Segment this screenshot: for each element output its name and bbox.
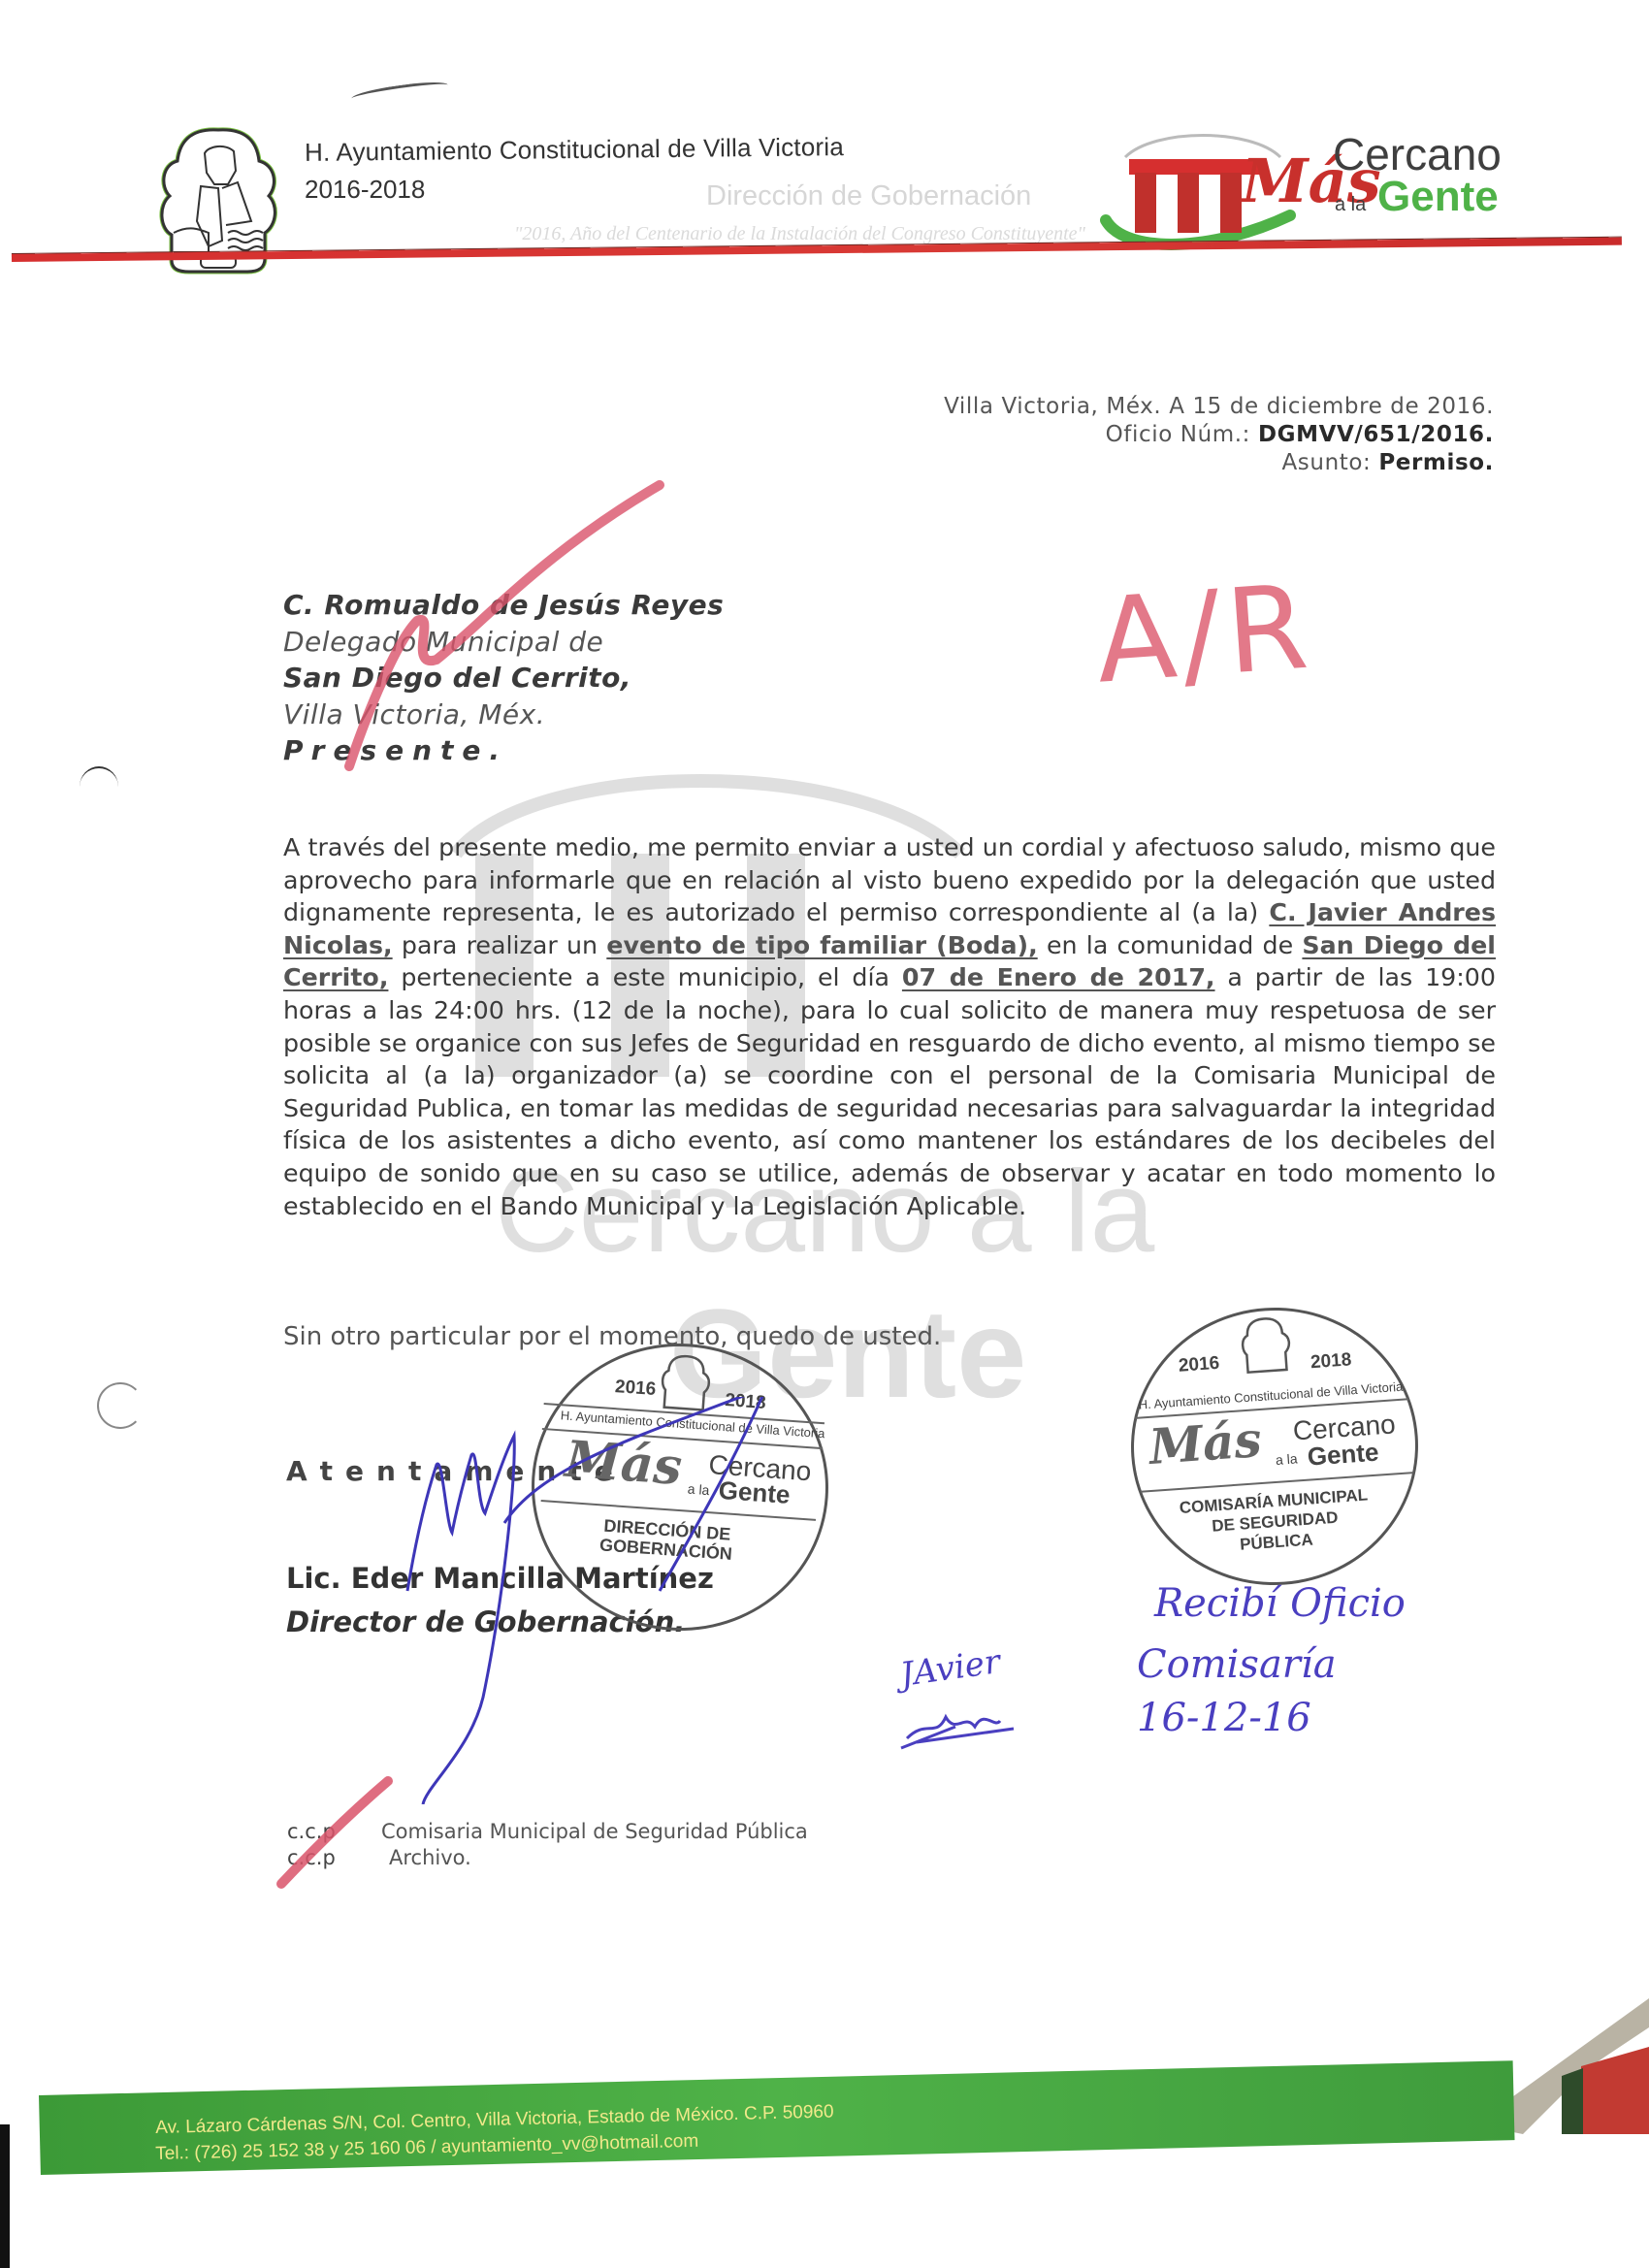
staple-mark [351,79,449,105]
event-type: evento de tipo familiar (Boda), [606,931,1037,959]
stamp-brand-word: Más [1148,1410,1264,1475]
cc-recipient-2: Archivo. [389,1846,471,1869]
cc-recipient-1: Comisaria Municipal de Seguridad Pública [381,1820,808,1843]
handwritten-received-date: 16-12-16 [1137,1696,1311,1740]
review-mark-ar: A/R [1091,560,1317,709]
letter-body-paragraph: A través del presente medio, me permito … [283,831,1496,1222]
brand-logo-mas-cercano: Más Cercano a la Gente [1096,118,1523,254]
red-pen-cc-mark [272,1775,398,1892]
closing-line: Sin otro particular por el momento, qued… [283,1322,941,1351]
subject-value: Permiso. [1378,450,1494,475]
red-pen-slash-mark [291,475,679,786]
stamp-brand-connector: a la [1275,1450,1298,1468]
body-text-5: a partir de las 19:00 horas a las 24:00 … [283,963,1496,1219]
event-date: 07 de Enero de 2017, [902,963,1215,991]
organization-name: H. Ayuntamiento Constitucional de Villa … [305,132,844,168]
oficio-number-line: Oficio Núm.: DGMVV/651/2016. [1106,422,1494,447]
stamp-year-right: 2018 [1309,1349,1352,1374]
hole-punch-mark [97,1382,144,1429]
faded-year-motto: "2016, Año del Centenario de la Instalac… [514,223,1085,245]
recipient-signature-scribble [897,1700,1033,1758]
stamp-brand-line2: Gente [1307,1438,1380,1473]
director-signature [388,1397,854,1804]
body-text-2: para realizar un [393,931,607,959]
place-and-date: Villa Victoria, Méx. A 15 de diciembre d… [944,394,1494,419]
handwritten-recipient-name: JAvier [898,1642,1003,1695]
brand-connector: a la [1335,194,1366,216]
subject-label: Asunto: [1281,450,1371,475]
oficio-label: Oficio Núm.: [1106,422,1250,447]
body-text-3: en la comunidad de [1038,931,1303,959]
body-text-4: perteneciente a este municipio, el día [388,963,901,991]
stamp-department: COMISARÍA MUNICIPAL DE SEGURIDAD PÚBLICA [1148,1482,1404,1561]
handwritten-received-office: Comisaría [1137,1642,1337,1687]
subject-line: Asunto: Permiso. [1281,450,1494,475]
faded-department-name: Dirección de Gobernación [706,180,1031,212]
oficio-number: DGMVV/651/2016. [1258,422,1494,447]
stamp-year-left: 2016 [1178,1353,1220,1377]
handwritten-received-note: Recibí Oficio [1154,1581,1406,1626]
brand-line-2: Gente [1377,173,1499,221]
administration-term: 2016-2018 [305,175,425,205]
place-date-text: Villa Victoria, Méx. A 15 de diciembre d… [944,394,1494,419]
stamp-crest-icon [1237,1315,1295,1379]
scan-edge [0,2124,10,2268]
hole-punch-mark [80,766,118,807]
